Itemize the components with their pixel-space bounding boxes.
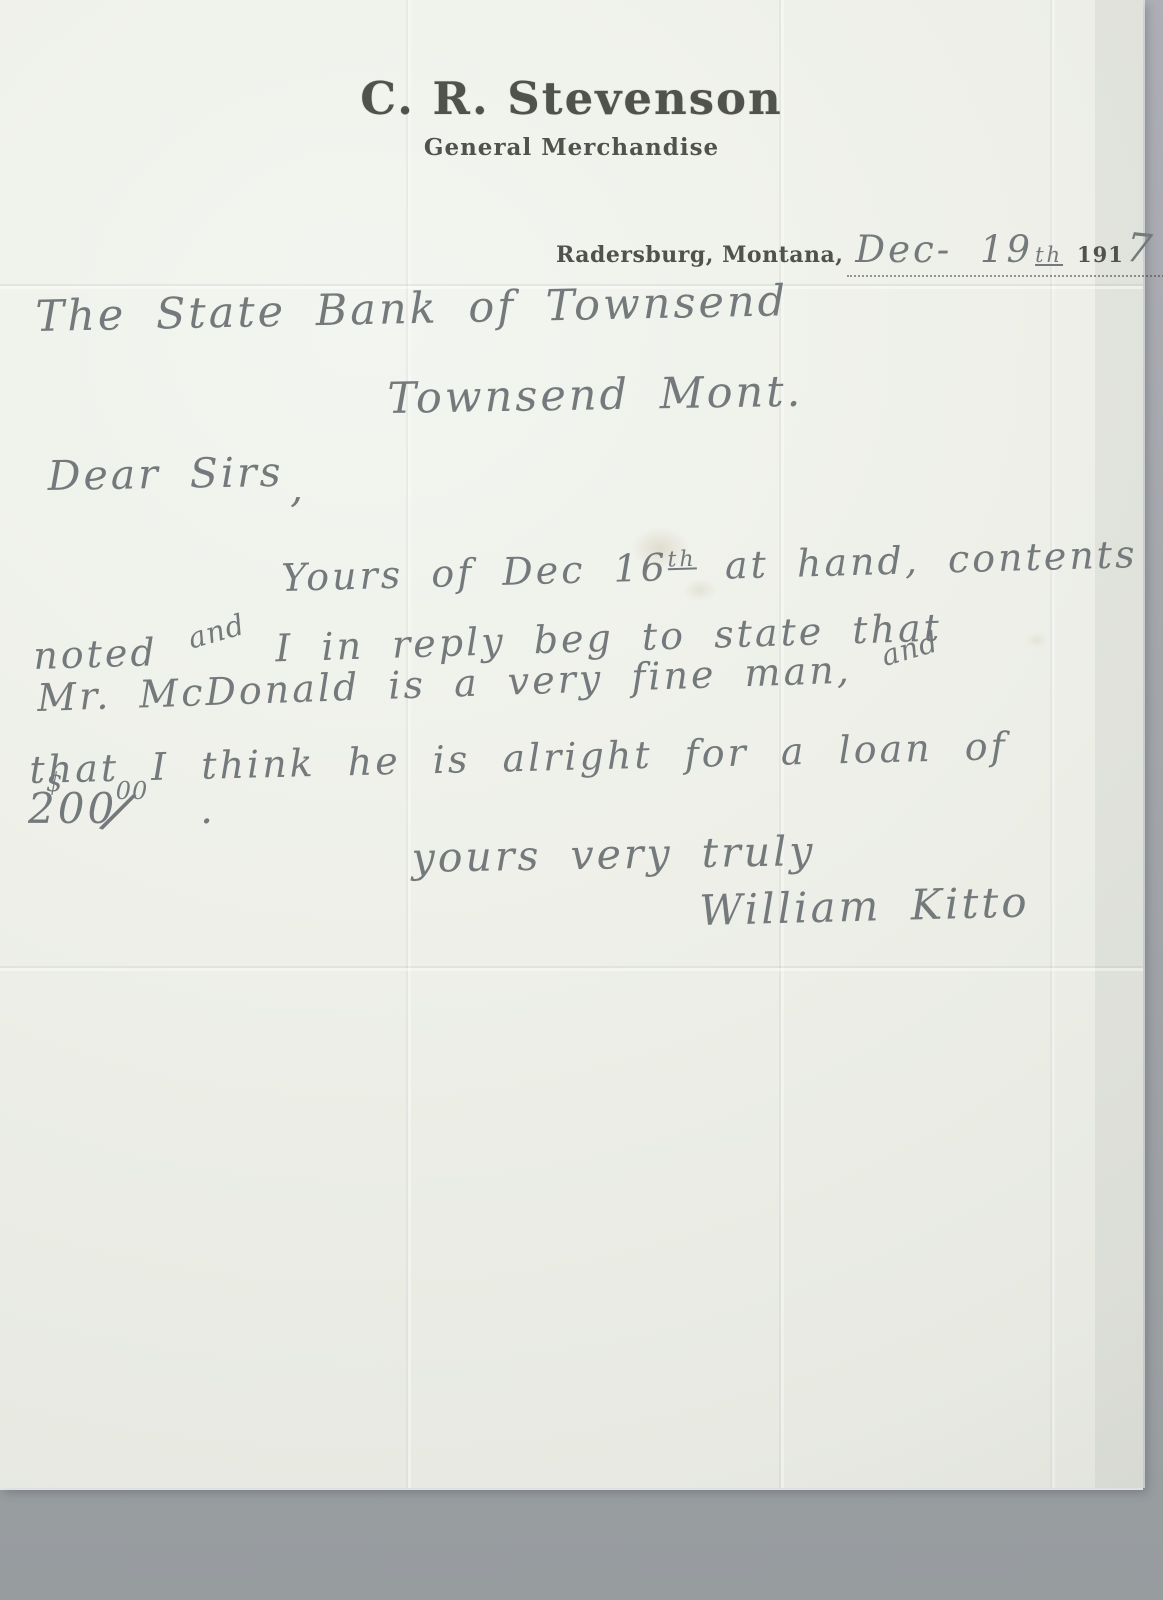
dollar-sign: $: [46, 768, 66, 798]
letterhead-place: Radersburg, Montana,: [556, 242, 843, 268]
salutation: Dear Sirs,: [47, 448, 300, 500]
amount-period: .: [200, 787, 216, 833]
recipient-line-2: Townsend Mont.: [387, 367, 804, 424]
closing: yours very truly: [411, 827, 816, 882]
handwritten-date: Dec- 19: [855, 228, 1033, 271]
signature: William Kitto: [699, 877, 1030, 935]
recipient-line-1: The State Bank of Townsend: [35, 276, 789, 342]
handwritten-year-digit: 7: [1124, 225, 1157, 274]
handwritten-date-suffix: th: [1035, 243, 1063, 267]
body-line-1: Yours of Dec 16th at hand, contents: [281, 532, 1138, 600]
amount-cents: 00: [116, 777, 149, 805]
dateline: Radersburg, Montana, Dec- 19th 1917: [556, 226, 1163, 277]
date-fill-in: Dec- 19th 1917: [847, 226, 1163, 277]
letterhead-subtitle: General Merchandise: [0, 134, 1143, 161]
letter-paper: C. R. Stevenson General Merchandise Rade…: [0, 0, 1143, 1488]
inserted-word: and: [184, 607, 249, 655]
letterhead-name: C. R. Stevenson: [0, 72, 1143, 125]
body-line-2-start: noted: [33, 630, 159, 678]
ordinal-suffix: th: [667, 547, 697, 573]
body-line-1-continued: at hand, contents: [696, 532, 1138, 588]
scanned-letter: C. R. Stevenson General Merchandise Rade…: [0, 0, 1163, 1600]
salutation-text: Dear Sirs: [47, 448, 284, 500]
salutation-comma: ,: [289, 464, 306, 512]
printed-year-prefix: 191: [1077, 242, 1124, 267]
body-line-1-text: Yours of Dec 16: [281, 545, 669, 600]
loan-amount: $200/00.: [28, 782, 216, 842]
